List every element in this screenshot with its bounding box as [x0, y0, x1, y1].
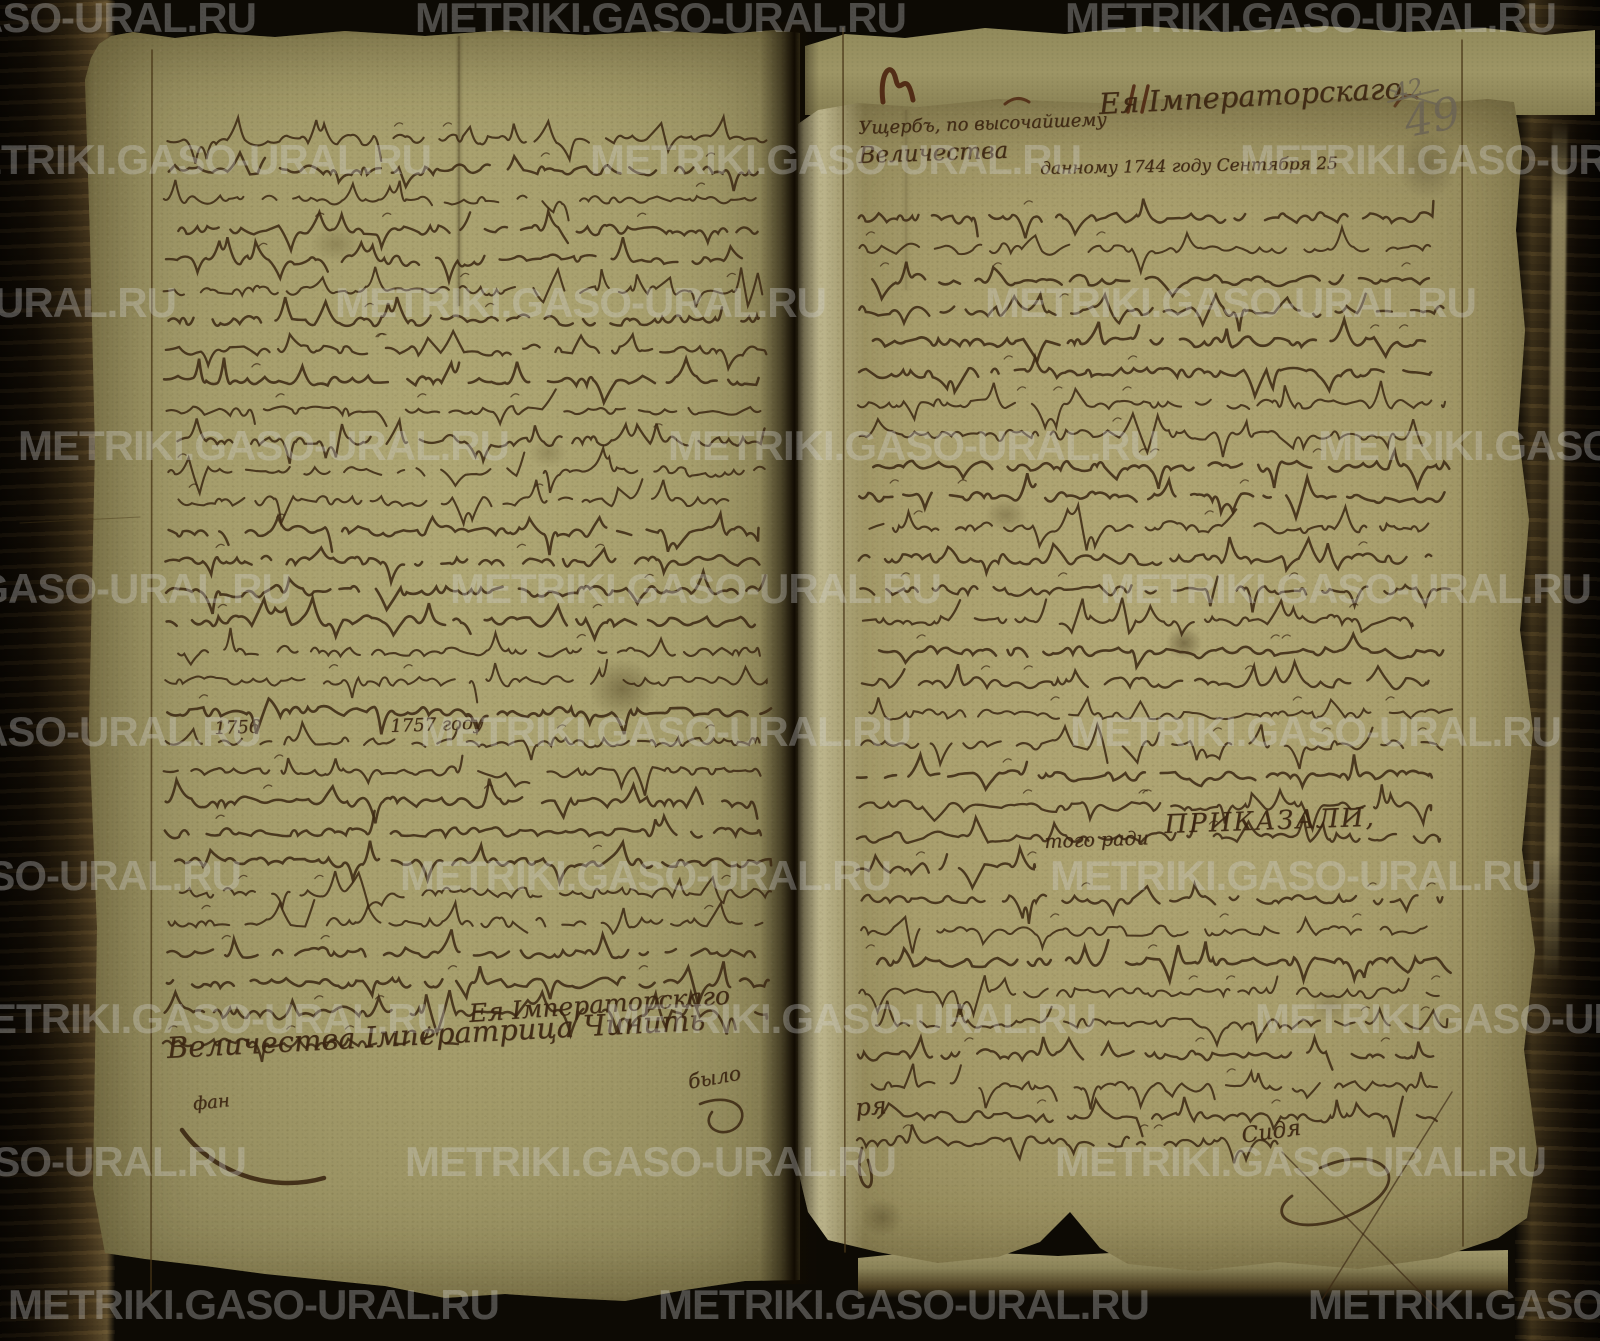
- page-crease: [905, 110, 907, 290]
- folio-number: 49: [1400, 87, 1465, 148]
- left-page: [85, 28, 800, 1305]
- right-page: [798, 90, 1550, 1282]
- page-crease: [458, 36, 460, 306]
- paper-texture: [85, 28, 800, 1305]
- manuscript-scan: 17561757 годуЕя ІмператорскагоВеличества…: [0, 0, 1600, 1341]
- paper-texture: [798, 90, 1550, 1282]
